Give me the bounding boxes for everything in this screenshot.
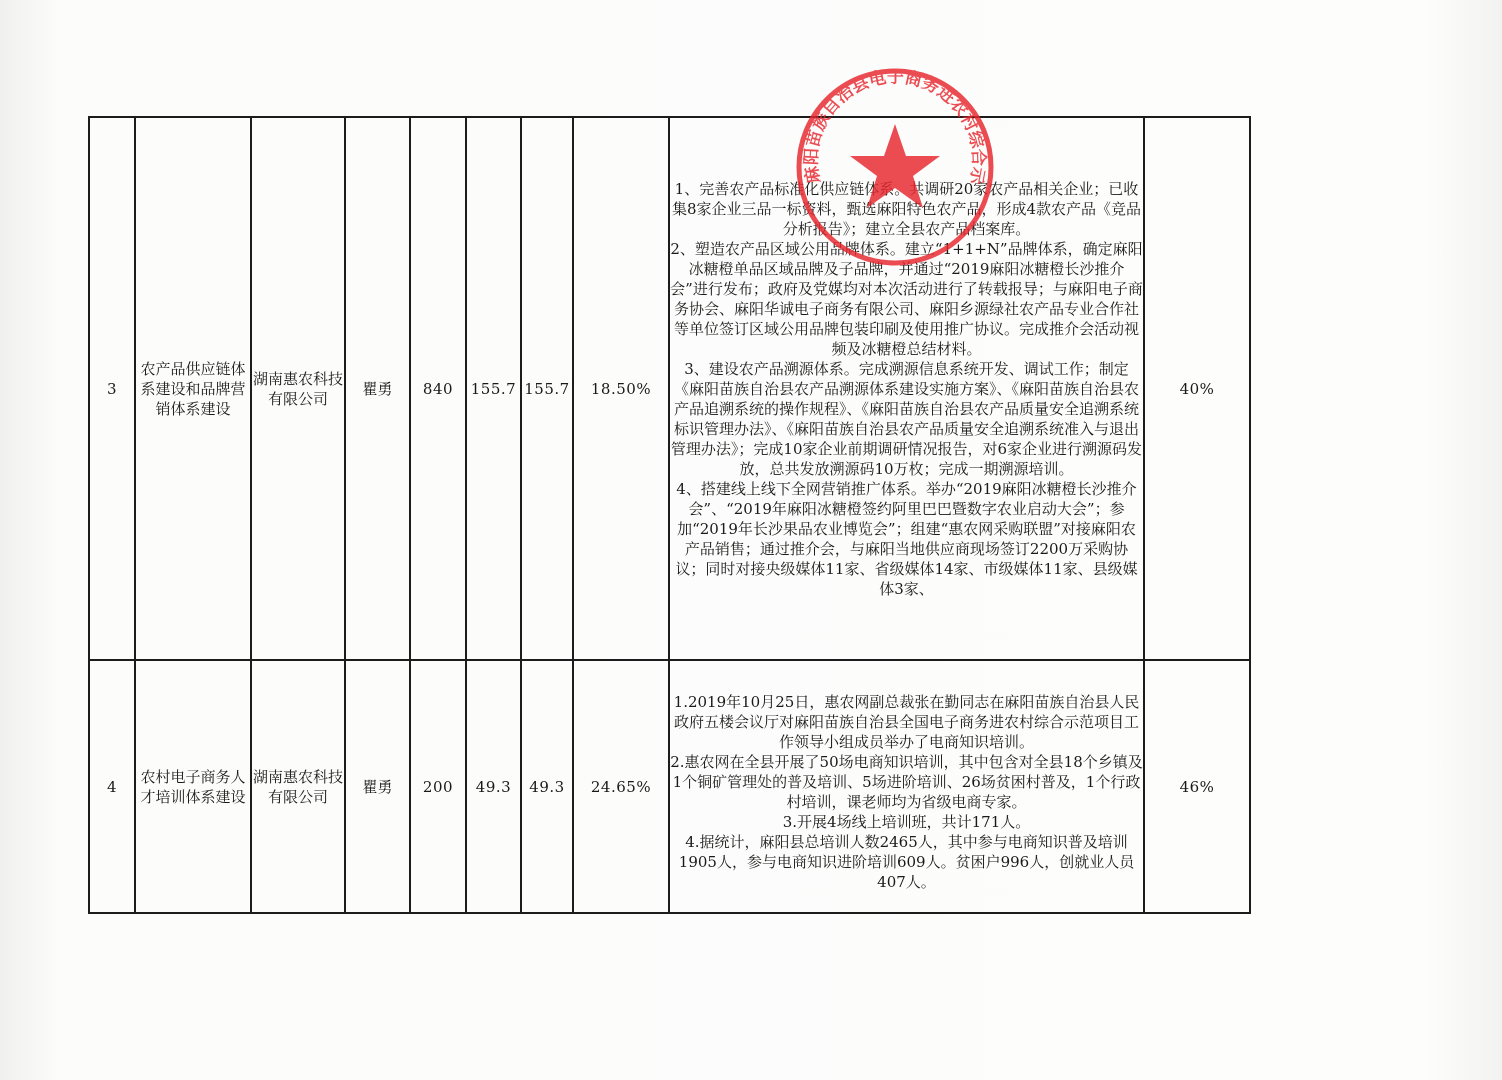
contact-person: 瞿勇 bbox=[345, 117, 410, 660]
progress-item: 3.开展4场线上培训班，共计171人。 bbox=[670, 812, 1143, 832]
project-name: 农产品供应链体系建设和品牌营销体系建设 bbox=[135, 117, 251, 660]
progress-item: 2、塑造农产品区域公用品牌体系。建立“1+1+N”品牌体系，确定麻阳冰糖橙单品区… bbox=[670, 239, 1143, 359]
project-progress-table: 3 农产品供应链体系建设和品牌营销体系建设 湖南惠农科技有限公司 瞿勇 840 … bbox=[88, 116, 1251, 914]
progress-item: 4、搭建线上线下全网营销推广体系。举办“2019麻阳冰糖橙长沙推介会”、“201… bbox=[670, 479, 1143, 599]
invested-amount: 155.7 bbox=[466, 117, 521, 660]
completion-rate: 40% bbox=[1144, 117, 1250, 660]
payment-ratio: 24.65% bbox=[573, 660, 669, 913]
table-row: 4 农村电子商务人才培训体系建设 湖南惠农科技有限公司 瞿勇 200 49.3 … bbox=[89, 660, 1250, 913]
paid-amount: 49.3 bbox=[521, 660, 573, 913]
payment-ratio: 18.50% bbox=[573, 117, 669, 660]
row-index: 4 bbox=[89, 660, 135, 913]
paid-amount: 155.7 bbox=[521, 117, 573, 660]
budget-amount: 200 bbox=[410, 660, 466, 913]
progress-description: 1、完善农产品标准化供应链体系。共调研20家农产品相关企业；已收集8家企业三品一… bbox=[669, 117, 1144, 660]
company-name: 湖南惠农科技有限公司 bbox=[251, 660, 345, 913]
progress-item: 4.据统计，麻阳县总培训人数2465人，其中参与电商知识普及培训1905人，参与… bbox=[670, 832, 1143, 892]
budget-amount: 840 bbox=[410, 117, 466, 660]
progress-item: 3、建设农产品溯源体系。完成溯源信息系统开发、调试工作；制定《麻阳苗族自治县农产… bbox=[670, 359, 1143, 479]
contact-person: 瞿勇 bbox=[345, 660, 410, 913]
progress-item: 1、完善农产品标准化供应链体系。共调研20家农产品相关企业；已收集8家企业三品一… bbox=[670, 179, 1143, 239]
completion-rate: 46% bbox=[1144, 660, 1250, 913]
table-row: 3 农产品供应链体系建设和品牌营销体系建设 湖南惠农科技有限公司 瞿勇 840 … bbox=[89, 117, 1250, 660]
company-name: 湖南惠农科技有限公司 bbox=[251, 117, 345, 660]
progress-item: 1.2019年10月25日，惠农网副总裁张在勤同志在麻阳苗族自治县人民政府五楼会… bbox=[670, 692, 1143, 752]
progress-description: 1.2019年10月25日，惠农网副总裁张在勤同志在麻阳苗族自治县人民政府五楼会… bbox=[669, 660, 1144, 913]
row-index: 3 bbox=[89, 117, 135, 660]
invested-amount: 49.3 bbox=[466, 660, 521, 913]
progress-item: 2.惠农网在全县开展了50场电商知识培训，其中包含对全县18个乡镇及1个铜矿管理… bbox=[670, 752, 1143, 812]
project-name: 农村电子商务人才培训体系建设 bbox=[135, 660, 251, 913]
